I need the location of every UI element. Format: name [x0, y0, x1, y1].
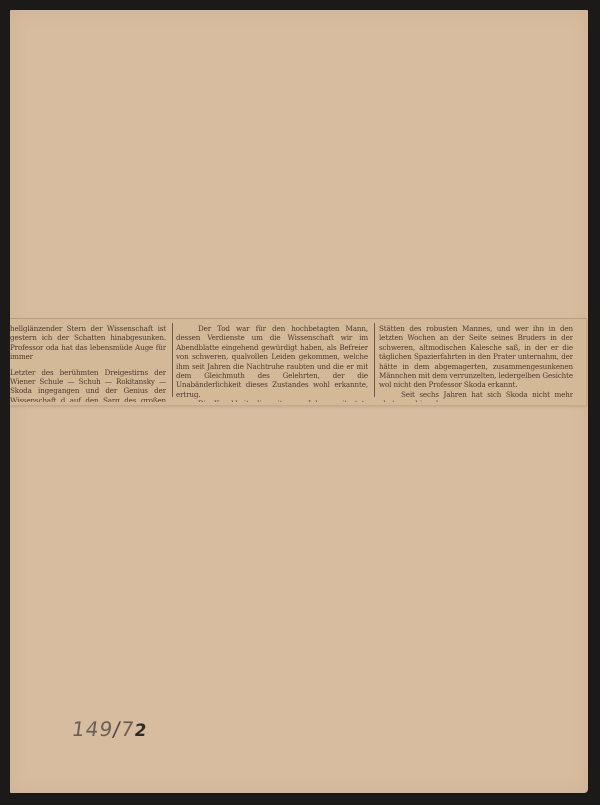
- column-divider: [172, 323, 173, 397]
- column-2-paragraph-1: Der Tod war für den hochbetagten Mann, d…: [176, 324, 368, 399]
- column-2-paragraph-2: Die Krankheit, die seit neun Jahren mit …: [176, 399, 368, 402]
- paper-page: hellglänzender Stern der Wissenschaft is…: [10, 10, 588, 793]
- column-3-paragraph-1: Stätten des robusten Mannes, und wer ihn…: [379, 324, 573, 390]
- clipping-column-3: Stätten des robusten Mannes, und wer ihn…: [379, 324, 573, 402]
- clipping-column-1: hellglänzender Stern der Wissenschaft is…: [10, 324, 166, 402]
- archive-number-part-1: 149: [70, 717, 115, 741]
- column-3-paragraph-2: Seit sechs Jahren hat sich Skoda nicht m…: [379, 390, 573, 402]
- clipping-column-2: Der Tod war für den hochbetagten Mann, d…: [176, 324, 368, 402]
- column-divider: [374, 323, 375, 397]
- column-1-paragraph-2: Letzter des berühmten Dreigestirns der W…: [10, 368, 166, 402]
- newspaper-clipping: hellglänzender Stern der Wissenschaft is…: [10, 318, 587, 406]
- column-1-paragraph-1: hellglänzender Stern der Wissenschaft is…: [10, 324, 166, 362]
- handwritten-archive-number: 149/72: [70, 717, 149, 741]
- archive-number-part-3: 2: [133, 721, 149, 741]
